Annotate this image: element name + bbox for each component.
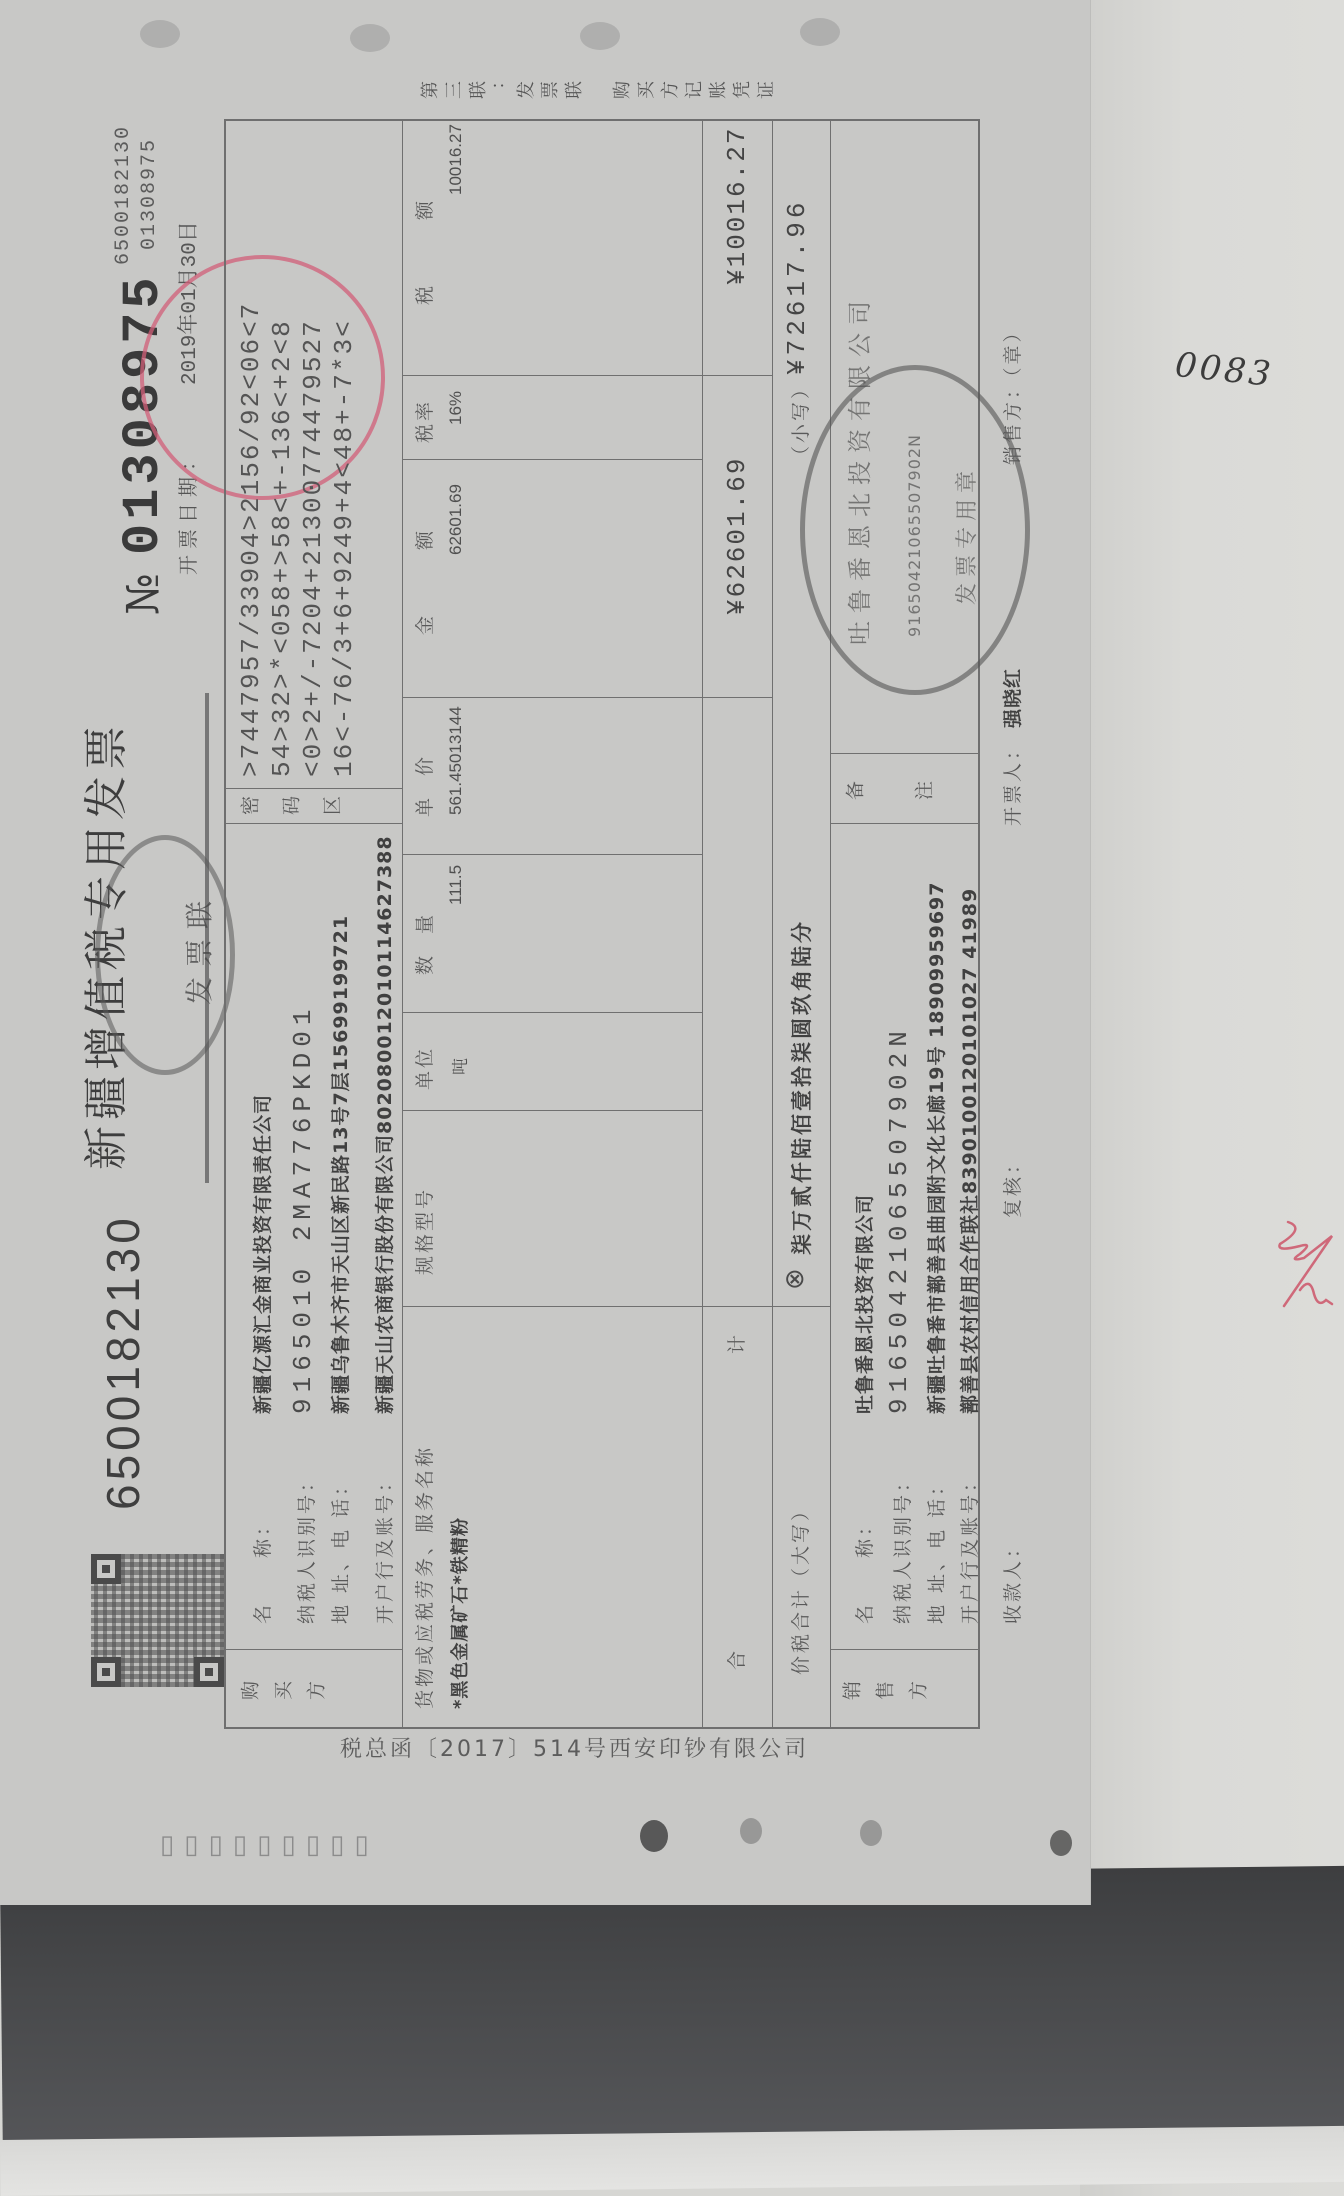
- seller-tax-id: 91650421065507902N: [884, 1025, 914, 1414]
- item-quantity: 111.5: [446, 865, 466, 905]
- copy-label: 第三联：发票联 购买方记账凭证: [420, 79, 780, 105]
- cipher-label: 密码区: [240, 793, 363, 820]
- buyer-name: 新疆亿源汇金商业投资有限责任公司: [248, 1094, 275, 1414]
- payee-label: 收款人：: [998, 1536, 1025, 1624]
- total-label: 合 计: [722, 1275, 749, 1670]
- seller-seal-label: 销售方：（章）: [998, 320, 1025, 465]
- item-unit-price: 561.45013144: [446, 706, 466, 815]
- seal-type: 发票专用章: [950, 465, 981, 605]
- header-spec: 规格型号: [410, 1187, 437, 1275]
- seller-section-label: 销售方: [842, 1678, 941, 1705]
- buyer-tax-id-label: 纳税人识别号：: [292, 1470, 319, 1624]
- qr-code: [91, 1554, 224, 1687]
- seller-bank-account: 鄯善县农村信用合作联社8390100120101027 41989: [955, 888, 982, 1414]
- invoice-number-small: 01308975: [138, 138, 161, 250]
- header-tax-rate: 税率: [410, 399, 437, 443]
- invoice-code-small: 6500182130: [112, 125, 135, 265]
- buyer-bank-label: 开户行及账号：: [370, 1470, 397, 1624]
- seller-bank-label: 开户行及账号：: [955, 1470, 982, 1624]
- item-tax-rate: 16%: [446, 391, 466, 425]
- item-tax: 10016.27: [446, 124, 466, 195]
- header-item-name: 货物或应税劳务、服务名称: [410, 1445, 437, 1709]
- buyer-bank-account: 新疆天山农商银行股份有限公司802080012010114627388: [370, 835, 397, 1414]
- remarks-label: 备注: [845, 778, 983, 805]
- buyer-tax-id: 9165010 2MA776PKD01: [288, 1004, 318, 1414]
- dark-background-band: [0, 1862, 1344, 2160]
- grand-total-figure: ¥72617.96: [782, 199, 812, 375]
- buyer-address-label: 地 址、电 话：: [326, 1474, 353, 1624]
- seller-name: 吐鲁番恩北投资有限公司: [850, 1194, 877, 1414]
- buyer-section-label: 购买方: [240, 1678, 339, 1705]
- invoice-content: 6500182130 新疆增值税专用发票 发票联 № 01308975 6500…: [0, 0, 1090, 1905]
- circled-x-icon: ⊗: [780, 1268, 810, 1290]
- header-amount: 金 额: [410, 501, 437, 635]
- cipher-line: 54>32>*<058+>58<+-136<+2<8: [267, 302, 298, 777]
- invoice-paper: ▯▯▯▯▯▯▯▯▯ 税总函〔2017〕514号西安印钞有限公司 65001821…: [0, 0, 1090, 1905]
- grand-total-small-label: （小写）: [786, 377, 813, 465]
- seller-address-label: 地 址、电 话：: [922, 1474, 949, 1624]
- seller-name-label: 名 称：: [850, 1514, 877, 1624]
- seller-tax-id-label: 纳税人识别号：: [888, 1470, 915, 1624]
- item-unit: 吨: [446, 1058, 471, 1075]
- red-handwriting-icon: [1270, 1210, 1344, 1330]
- total-tax: ¥10016.27: [722, 127, 752, 285]
- buyer-address: 新疆乌鲁木齐市天山区新民路13号7层15699199721: [326, 915, 353, 1414]
- reviewer-label: 复核：: [998, 1152, 1025, 1218]
- header-tax: 税 额: [410, 171, 437, 305]
- cipher-line: <0>2+/-7204+21300774479527: [298, 302, 329, 777]
- grand-total-label: 价税合计（大写）: [786, 1499, 813, 1675]
- stamp-copy-label: 发票联: [178, 891, 218, 1005]
- grand-total-words: 柒万贰仟陆佰壹拾柒圆玖角陆分: [786, 919, 816, 1255]
- buyer-name-label: 名 称：: [248, 1514, 275, 1624]
- item-name: *黑色金属矿石*铁精粉: [446, 1517, 472, 1709]
- total-amount: ¥62601.69: [722, 457, 752, 615]
- issuer-label: 开票人：: [998, 738, 1025, 826]
- header-unit-price: 单 价: [410, 749, 437, 817]
- cipher-line: 16<-76/3+6+9249+4<48+-7*3<: [329, 302, 360, 777]
- cipher-text: >7447957/33904>2156/92<06<7 54>32>*<058+…: [236, 302, 360, 777]
- invoice-code: 6500182130: [96, 1214, 150, 1510]
- seal-tax-id: 91650421065507902N: [905, 434, 924, 637]
- cipher-line: >7447957/33904>2156/92<06<7: [236, 302, 267, 777]
- seal-company-name: 吐鲁番恩北投资有限公司: [840, 293, 875, 645]
- header-unit: 单位: [410, 1046, 437, 1090]
- item-amount: 62601.69: [446, 484, 466, 555]
- seller-address: 新疆吐鲁番市鄯善县曲园附文化长廊19号 18909959697: [922, 882, 949, 1414]
- number-mark: №: [118, 573, 169, 615]
- header-quantity: 数 量: [410, 907, 437, 975]
- issuer-name: 强晓红: [998, 668, 1025, 728]
